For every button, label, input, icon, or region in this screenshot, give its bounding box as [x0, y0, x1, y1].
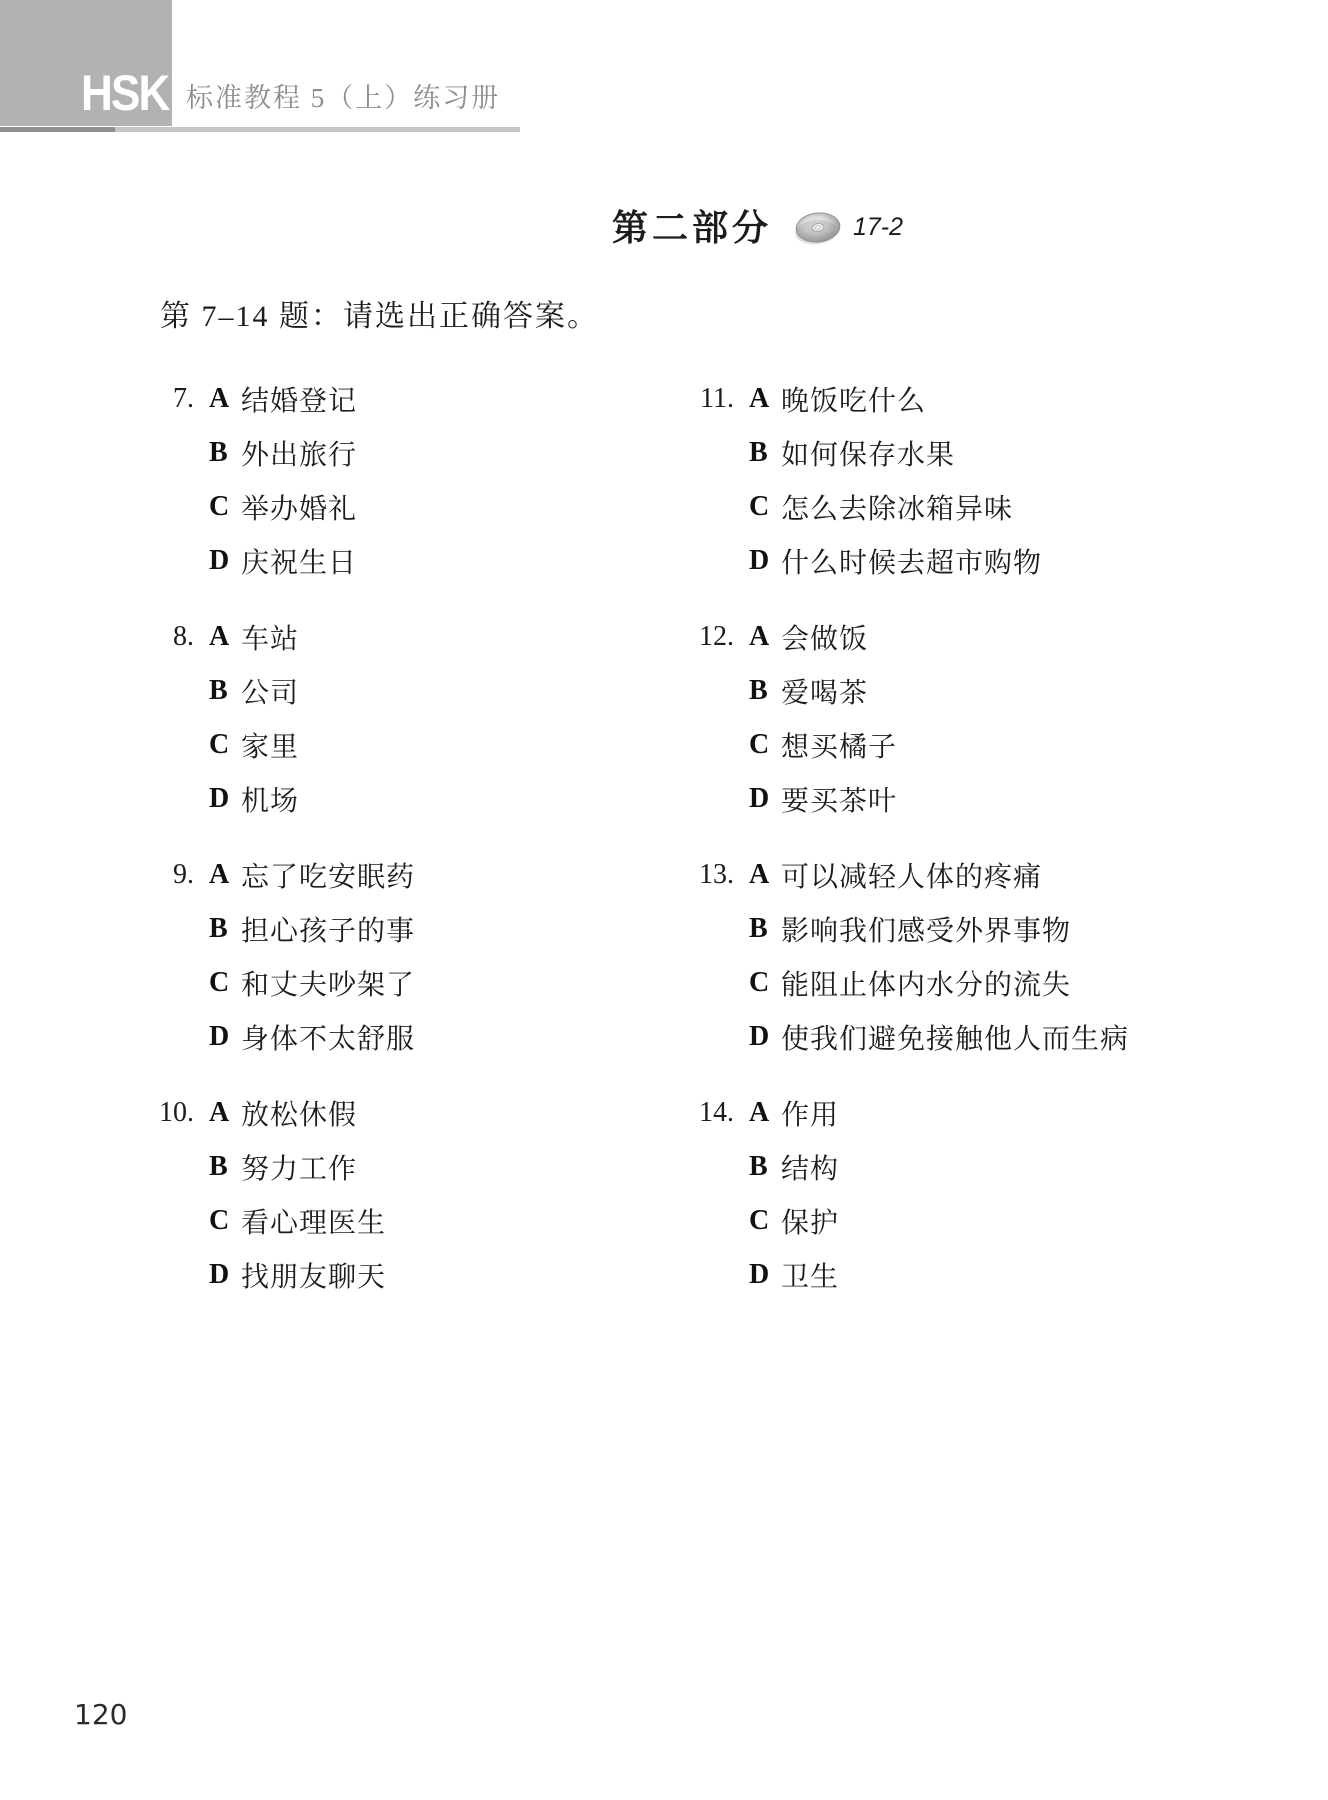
option-letter: B	[209, 913, 239, 945]
option-letter: B	[749, 1151, 779, 1183]
option-row: B 努力工作	[146, 1140, 646, 1194]
question-number: 12.	[686, 621, 734, 653]
option-letter: A	[209, 1097, 239, 1129]
option-text: 和丈夫吵架了	[241, 963, 415, 1003]
question-number: 14.	[686, 1097, 734, 1129]
option-text: 身体不太舒服	[241, 1017, 415, 1057]
option-letter: B	[749, 437, 779, 469]
question-14: 14. A 作用 B 结构 C 保护 D 卫生	[686, 1086, 1226, 1302]
option-text: 家里	[241, 725, 299, 765]
hsk-logo: HSK	[81, 68, 169, 118]
option-text: 努力工作	[241, 1147, 357, 1187]
option-letter: C	[749, 491, 779, 523]
question-10: 10. A 放松休假 B 努力工作 C 看心理医生 D 找朋友聊天	[146, 1086, 646, 1302]
question-number: 10.	[146, 1097, 194, 1129]
question-8: 8. A 车站 B 公司 C 家里 D 机场	[146, 610, 646, 826]
option-letter: D	[749, 783, 779, 815]
option-text: 找朋友聊天	[241, 1255, 386, 1295]
option-letter: C	[209, 729, 239, 761]
option-row: 7. A 结婚登记	[146, 372, 646, 426]
option-letter: B	[209, 1151, 239, 1183]
option-row: 14. A 作用	[686, 1086, 1226, 1140]
question-9: 9. A 忘了吃安眠药 B 担心孩子的事 C 和丈夫吵架了 D 身体不太舒服	[146, 848, 646, 1064]
question-number: 7.	[146, 383, 194, 415]
option-text: 外出旅行	[241, 433, 357, 473]
option-text: 结婚登记	[241, 379, 357, 419]
option-text: 卫生	[781, 1255, 839, 1295]
question-number: 13.	[686, 859, 734, 891]
option-row: D 要买茶叶	[686, 772, 1226, 826]
option-letter: A	[209, 621, 239, 653]
option-row: D 庆祝生日	[146, 534, 646, 588]
audio-track-label: 17-2	[853, 213, 903, 242]
option-text: 影响我们感受外界事物	[781, 909, 1071, 949]
option-letter: A	[749, 1097, 779, 1129]
option-letter: C	[209, 491, 239, 523]
option-text: 机场	[241, 779, 299, 819]
option-row: D 身体不太舒服	[146, 1010, 646, 1064]
option-text: 看心理医生	[241, 1201, 386, 1241]
option-row: 12. A 会做饭	[686, 610, 1226, 664]
question-11: 11. A 晚饭吃什么 B 如何保存水果 C 怎么去除冰箱异味 D 什么时候去超…	[686, 372, 1226, 588]
option-letter: A	[749, 621, 779, 653]
option-text: 举办婚礼	[241, 487, 357, 527]
option-letter: D	[209, 1259, 239, 1291]
option-text: 忘了吃安眠药	[241, 855, 415, 895]
option-letter: C	[749, 1205, 779, 1237]
option-letter: A	[749, 859, 779, 891]
option-text: 想买橘子	[781, 725, 897, 765]
option-row: C 能阻止体内水分的流失	[686, 956, 1226, 1010]
option-row: B 爱喝茶	[686, 664, 1226, 718]
option-text: 使我们避免接触他人而生病	[781, 1017, 1129, 1057]
option-row: B 如何保存水果	[686, 426, 1226, 480]
option-row: D 卫生	[686, 1248, 1226, 1302]
option-text: 公司	[241, 671, 299, 711]
option-text: 爱喝茶	[781, 671, 868, 711]
option-text: 作用	[781, 1093, 839, 1133]
option-row: D 机场	[146, 772, 646, 826]
option-text: 担心孩子的事	[241, 909, 415, 949]
option-row: 9. A 忘了吃安眠药	[146, 848, 646, 902]
option-letter: B	[209, 437, 239, 469]
option-row: B 影响我们感受外界事物	[686, 902, 1226, 956]
option-letter: D	[749, 1259, 779, 1291]
option-text: 会做饭	[781, 617, 868, 657]
question-13: 13. A 可以减轻人体的疼痛 B 影响我们感受外界事物 C 能阻止体内水分的流…	[686, 848, 1226, 1064]
option-text: 庆祝生日	[241, 541, 357, 581]
header-rule-light-segment	[115, 127, 520, 132]
option-row: 13. A 可以减轻人体的疼痛	[686, 848, 1226, 902]
option-row: 10. A 放松休假	[146, 1086, 646, 1140]
option-letter: C	[749, 967, 779, 999]
option-letter: A	[749, 383, 779, 415]
option-text: 要买茶叶	[781, 779, 897, 819]
question-12: 12. A 会做饭 B 爱喝茶 C 想买橘子 D 要买茶叶	[686, 610, 1226, 826]
question-7: 7. A 结婚登记 B 外出旅行 C 举办婚礼 D 庆祝生日	[146, 372, 646, 588]
option-letter: D	[209, 545, 239, 577]
question-number: 9.	[146, 859, 194, 891]
option-letter: B	[749, 675, 779, 707]
option-text: 可以减轻人体的疼痛	[781, 855, 1042, 895]
page-number: 120	[74, 1698, 127, 1731]
option-letter: C	[209, 1205, 239, 1237]
option-row: C 家里	[146, 718, 646, 772]
option-text: 怎么去除冰箱异味	[781, 487, 1013, 527]
option-row: C 想买橘子	[686, 718, 1226, 772]
option-row: C 看心理医生	[146, 1194, 646, 1248]
option-row: D 什么时候去超市购物	[686, 534, 1226, 588]
question-number: 11.	[686, 383, 734, 415]
cd-icon	[793, 210, 843, 248]
option-row: C 保护	[686, 1194, 1226, 1248]
option-letter: D	[749, 1021, 779, 1053]
option-row: D 找朋友聊天	[146, 1248, 646, 1302]
option-letter: D	[209, 783, 239, 815]
option-row: B 外出旅行	[146, 426, 646, 480]
option-row: B 公司	[146, 664, 646, 718]
option-row: C 怎么去除冰箱异味	[686, 480, 1226, 534]
option-text: 能阻止体内水分的流失	[781, 963, 1071, 1003]
header-rule-dark-segment	[0, 127, 115, 132]
option-letter: A	[209, 859, 239, 891]
option-row: D 使我们避免接触他人而生病	[686, 1010, 1226, 1064]
instruction-text: 第 7–14 题：请选出正确答案。	[160, 291, 599, 335]
option-letter: C	[209, 967, 239, 999]
option-letter: B	[749, 913, 779, 945]
booklet-title: 标准教程 5（上）练习册	[186, 76, 500, 115]
option-row: 11. A 晚饭吃什么	[686, 372, 1226, 426]
option-row: C 举办婚礼	[146, 480, 646, 534]
option-row: B 结构	[686, 1140, 1226, 1194]
option-letter: D	[209, 1021, 239, 1053]
option-text: 车站	[241, 617, 299, 657]
option-text: 晚饭吃什么	[781, 379, 926, 419]
section-title: 第二部分	[612, 200, 772, 251]
questions-right-column: 11. A 晚饭吃什么 B 如何保存水果 C 怎么去除冰箱异味 D 什么时候去超…	[686, 372, 1226, 1324]
textbook-page: HSK 标准教程 5（上）练习册 第二部分 17-2 第 7–14 题：请选出正…	[0, 0, 1328, 1800]
option-row: 8. A 车站	[146, 610, 646, 664]
option-text: 放松休假	[241, 1093, 357, 1133]
option-text: 如何保存水果	[781, 433, 955, 473]
option-text: 什么时候去超市购物	[781, 541, 1042, 581]
option-row: C 和丈夫吵架了	[146, 956, 646, 1010]
option-text: 保护	[781, 1201, 839, 1241]
option-letter: A	[209, 383, 239, 415]
question-number: 8.	[146, 621, 194, 653]
questions-left-column: 7. A 结婚登记 B 外出旅行 C 举办婚礼 D 庆祝生日 8.	[146, 372, 646, 1324]
option-letter: D	[749, 545, 779, 577]
option-letter: C	[749, 729, 779, 761]
option-text: 结构	[781, 1147, 839, 1187]
option-letter: B	[209, 675, 239, 707]
option-row: B 担心孩子的事	[146, 902, 646, 956]
header-gray-box: HSK	[0, 0, 172, 126]
